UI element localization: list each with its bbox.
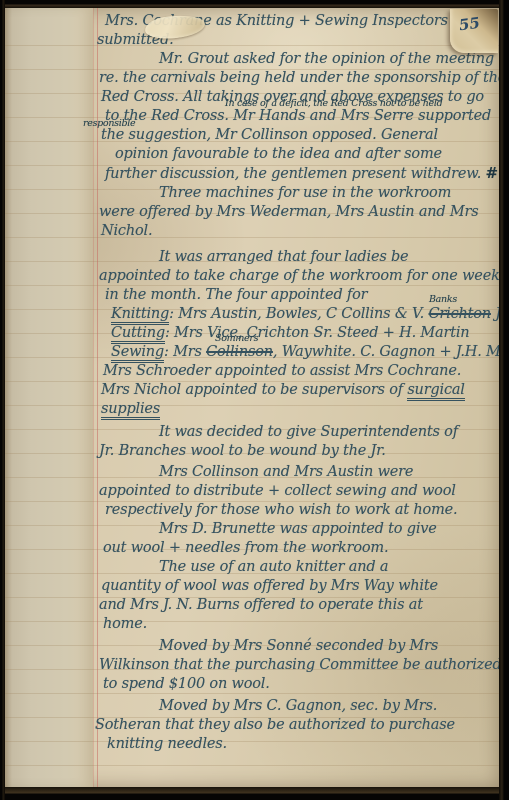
text-segment: further discussion, the gentlemen presen… xyxy=(105,166,486,182)
handwritten-line: to the Red Cross. Mr Hands and Mrs Serre… xyxy=(105,107,497,126)
handwritten-line: Three machines for use in the workroom xyxy=(159,184,497,203)
text-segment: : Mrs xyxy=(164,344,206,360)
text-segment: appointed to take charge of the workroom… xyxy=(99,268,500,284)
text-segment: out wool + needles from the workroom. xyxy=(103,540,388,556)
text-segment: Crichton xyxy=(429,306,491,322)
text-segment: were offered by Mrs Wederman, Mrs Austin… xyxy=(99,204,479,220)
text-segment: Mrs Collinson and Mrs Austin were xyxy=(159,464,413,480)
handwritten-line: Nichol. xyxy=(101,222,497,241)
handwritten-line: Wilkinson that the purchasing Committee … xyxy=(99,656,497,675)
secretary-initials-mark: # xyxy=(486,164,497,182)
handwritten-line: Mrs Collinson and Mrs Austin were xyxy=(159,463,497,482)
text-segment: Collinson xyxy=(206,344,273,360)
handwritten-line: Moved by Mrs Sonné seconded by Mrs xyxy=(159,637,497,656)
text-segment: Mrs Schroeder appointed to assist Mrs Co… xyxy=(103,363,461,379)
text-segment: Moved by Mrs Sonné seconded by Mrs xyxy=(159,638,438,654)
scanned-minutes-page: Mrs. Cochrane as Knitting + Sewing Inspe… xyxy=(0,0,509,800)
text-segment: quantity of wool was offered by Mrs Way … xyxy=(101,578,438,594)
text-segment: and Mrs J. N. Burns offered to operate t… xyxy=(99,597,423,613)
text-segment: It was arranged that four ladies be xyxy=(159,249,408,265)
handwritten-line: out wool + needles from the workroom. xyxy=(103,539,497,558)
text-segment: Wilkinson that the purchasing Committee … xyxy=(99,657,502,673)
interlinear-insertion: responsible xyxy=(83,119,135,129)
handwritten-line: further discussion, the gentlemen presen… xyxy=(105,164,497,184)
handwritten-line: Moved by Mrs C. Gagnon, sec. by Mrs. xyxy=(159,697,497,716)
handwritten-line: appointed to distribute + collect sewing… xyxy=(99,482,497,501)
text-segment: Mrs Nichol appointed to be supervisors o… xyxy=(101,382,407,398)
text-segment: Knitting xyxy=(111,306,169,325)
handwritten-line: Mr. Grout asked for the opinion of the m… xyxy=(159,50,497,69)
handwritten-line: Mrs Schroeder appointed to assist Mrs Co… xyxy=(103,362,497,381)
handwritten-line: The use of an auto knitter and a xyxy=(159,558,497,577)
handwritten-line: and Mrs J. N. Burns offered to operate t… xyxy=(99,596,497,615)
page-number: 55 xyxy=(458,14,481,35)
text-segment: The use of an auto knitter and a xyxy=(159,559,388,575)
handwritten-line: the suggestion, Mr Collinson opposed. Ge… xyxy=(101,126,497,145)
text-segment: , Waywhite. C. Gagnon + J.H. Martin. xyxy=(273,344,509,360)
handwritten-line: re. the carnivals being held under the s… xyxy=(99,69,497,88)
text-segment: opinion favourable to the idea and after… xyxy=(115,146,442,162)
text-segment: : Mrs Vice, Crichton Sr. Steed + H. Mart… xyxy=(165,325,469,341)
text-segment: Sewing xyxy=(111,344,164,363)
handwritten-line: were offered by Mrs Wederman, Mrs Austin… xyxy=(99,203,497,222)
book-edge-top xyxy=(0,0,509,8)
text-segment: home. xyxy=(103,616,147,632)
handwritten-line: opinion favourable to the idea and after… xyxy=(115,145,497,164)
text-segment: Nichol. xyxy=(101,223,152,239)
text-segment: supplies xyxy=(101,401,160,420)
handwritten-line: Sewing: Mrs Collinson, Waywhite. C. Gagn… xyxy=(111,343,497,362)
text-segment: the suggestion, Mr Collinson opposed. Ge… xyxy=(101,127,438,143)
text-segment: Mrs D. Brunette was appointed to give xyxy=(159,521,437,537)
text-segment: It was decided to give Superintendents o… xyxy=(159,424,458,440)
text-block: Mrs. Cochrane as Knitting + Sewing Inspe… xyxy=(101,12,497,754)
text-segment: Three machines for use in the workroom xyxy=(159,185,451,201)
text-segment: Moved by Mrs C. Gagnon, sec. by Mrs. xyxy=(159,698,437,714)
text-segment: appointed to distribute + collect sewing… xyxy=(99,483,456,499)
handwritten-line: Mrs Nichol appointed to be supervisors o… xyxy=(101,381,497,400)
text-segment: Cutting xyxy=(111,325,165,344)
handwritten-line: Sotheran that they also be authorized to… xyxy=(95,716,497,735)
text-segment: knitting needles. xyxy=(107,736,227,752)
handwritten-line: Mrs D. Brunette was appointed to give xyxy=(159,520,497,539)
text-segment: Jr. Branches wool to be wound by the Jr. xyxy=(99,443,386,459)
handwritten-line: appointed to take charge of the workroom… xyxy=(99,267,497,286)
handwritten-line: home. xyxy=(103,615,497,634)
text-segment: in the month. The four appointed for xyxy=(105,287,367,303)
text-segment: surgical xyxy=(407,382,464,401)
text-segment: Sotheran that they also be authorized to… xyxy=(95,717,455,733)
text-segment: to spend $100 on wool. xyxy=(103,676,270,692)
text-segment: re. the carnivals being held under the s… xyxy=(99,70,506,86)
handwritten-line: knitting needles. xyxy=(107,735,497,754)
interlinear-insertion: Banks xyxy=(429,295,457,305)
book-edge-bottom xyxy=(0,787,509,800)
text-segment: to the Red Cross. Mr Hands and Mrs Serre… xyxy=(105,108,491,124)
book-edge-right xyxy=(499,0,509,800)
page-gutter xyxy=(5,8,93,787)
handwritten-line: Knitting: Mrs Austin, Bowles, C Collins … xyxy=(111,305,497,324)
handwritten-line: It was arranged that four ladies be xyxy=(159,248,497,267)
folded-corner: 55 xyxy=(450,9,498,53)
handwritten-line: respectively for those who wish to work … xyxy=(105,501,497,520)
handwritten-line: supplies xyxy=(101,400,497,419)
text-segment: Mr. Grout asked for the opinion of the m… xyxy=(159,51,494,67)
handwritten-line: quantity of wool was offered by Mrs Way … xyxy=(101,577,497,596)
text-segment: respectively for those who wish to work … xyxy=(105,502,457,518)
interlinear-insertion: In case of a deficit, the Red Cross not … xyxy=(225,99,442,109)
interlinear-insertion: Sommers xyxy=(215,334,258,344)
handwritten-line: It was decided to give Superintendents o… xyxy=(159,423,497,442)
paper: Mrs. Cochrane as Knitting + Sewing Inspe… xyxy=(5,8,499,787)
book-edge-left xyxy=(0,0,5,800)
handwritten-line: Cutting: Mrs Vice, Crichton Sr. Steed + … xyxy=(111,324,497,343)
handwritten-line: Jr. Branches wool to be wound by the Jr. xyxy=(99,442,497,461)
handwritten-line: to spend $100 on wool. xyxy=(103,675,497,694)
text-segment: : Mrs Austin, Bowles, C Collins & V. xyxy=(169,306,428,322)
